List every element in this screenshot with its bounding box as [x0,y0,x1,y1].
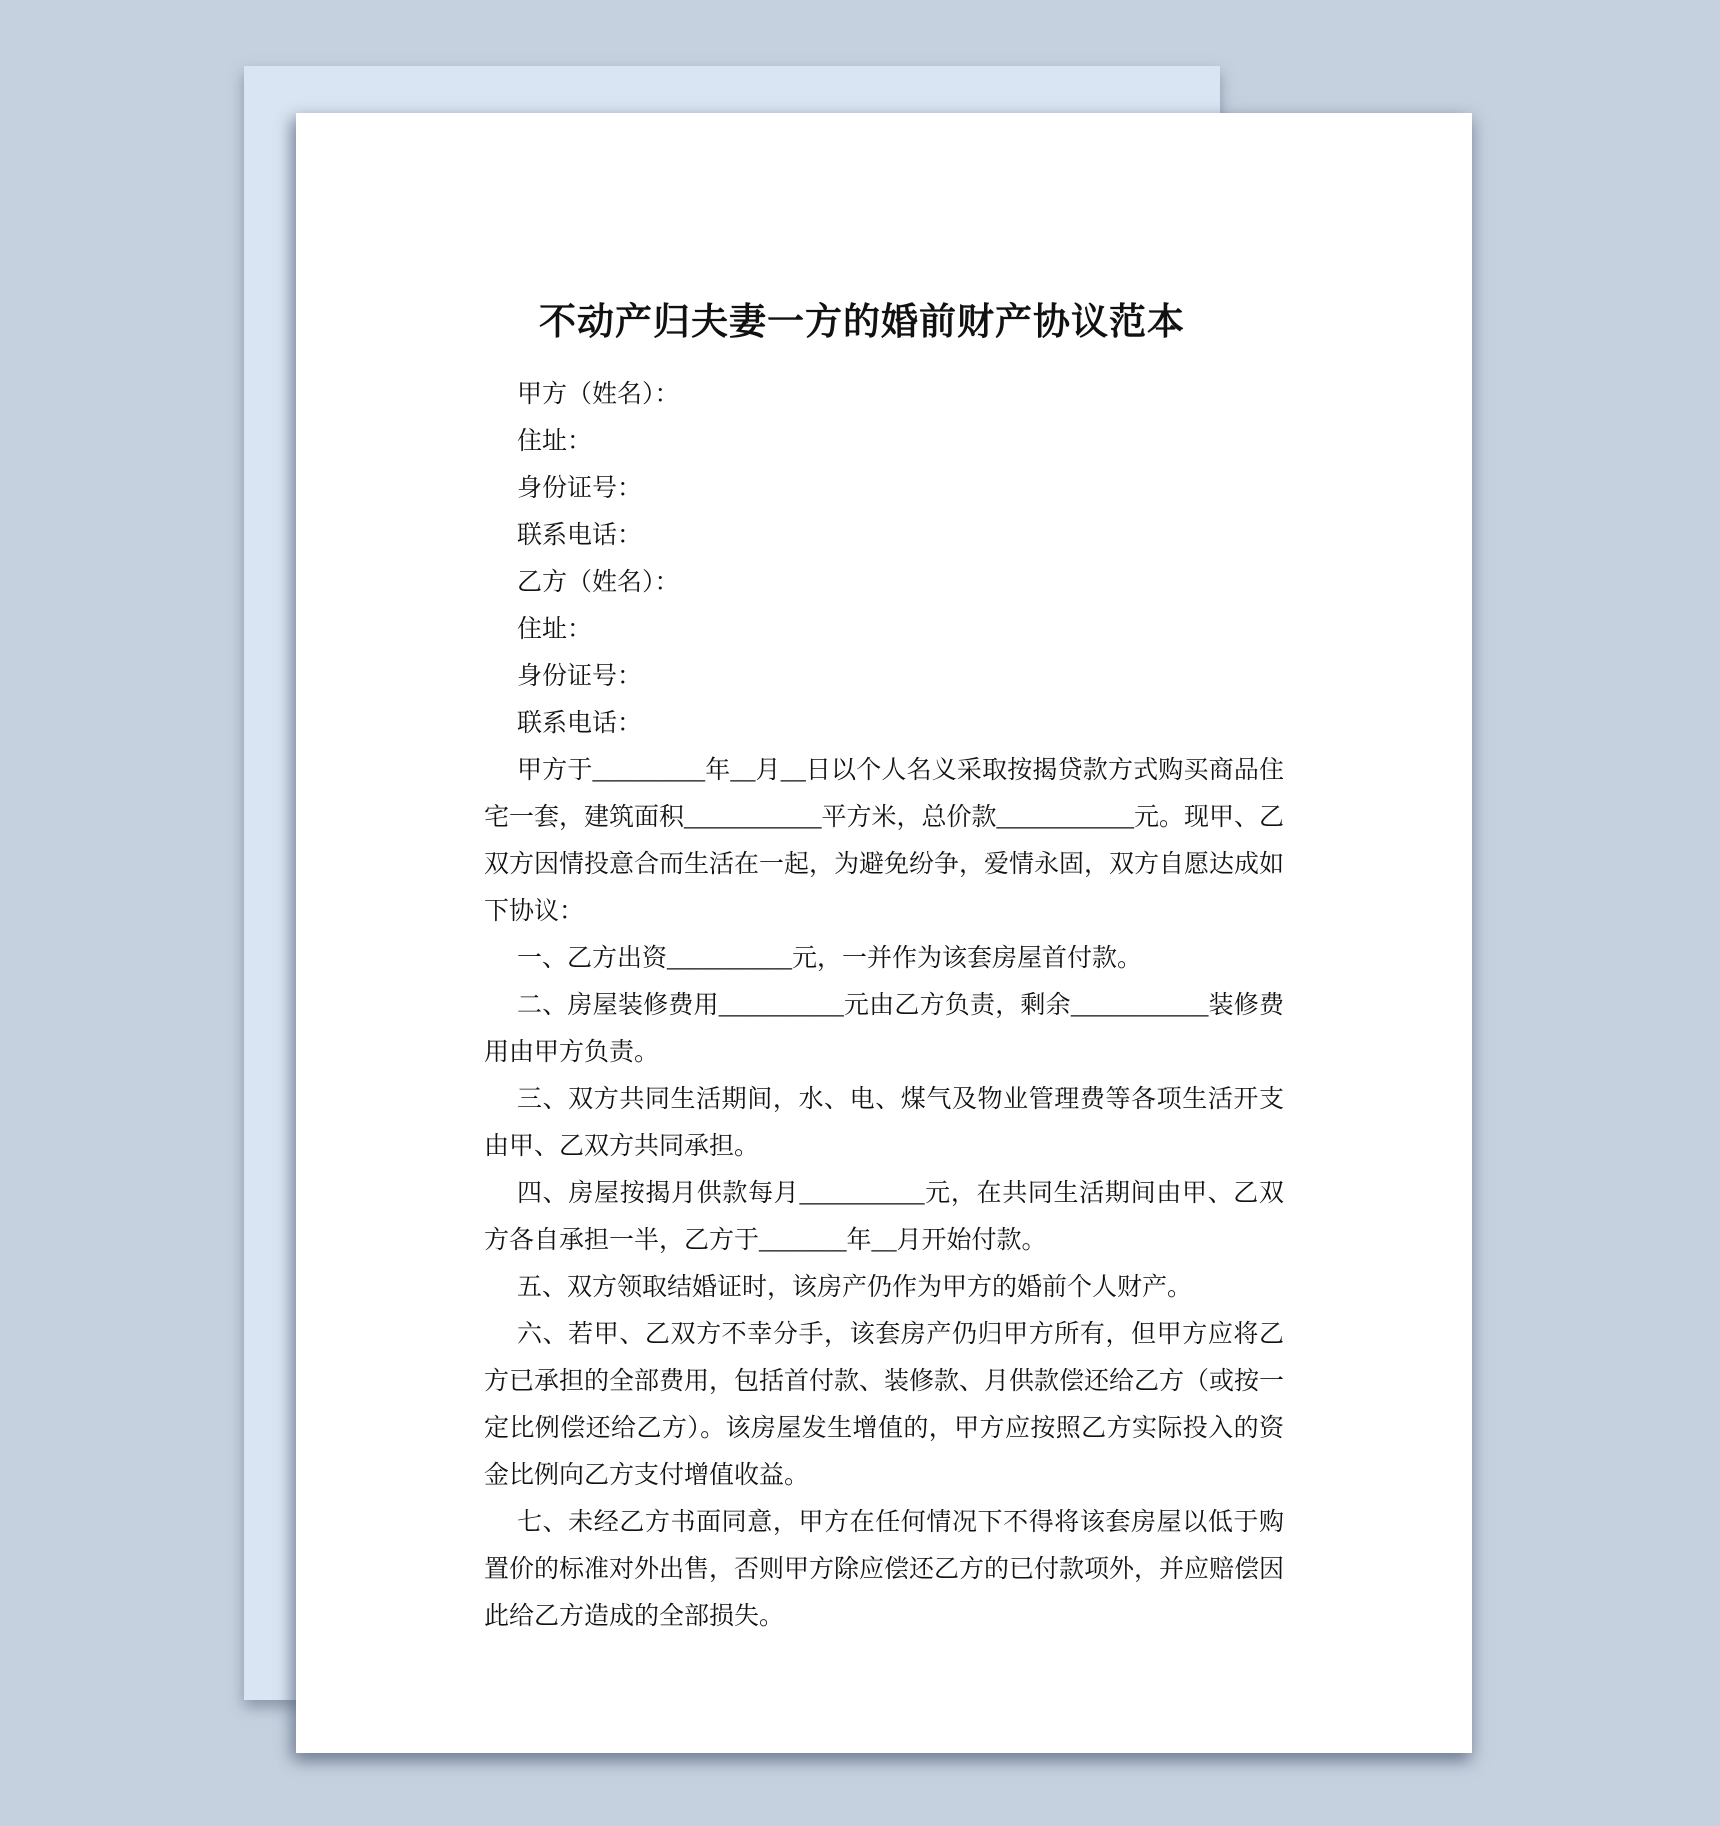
intro-paragraph: 甲方于_________年__月__日以个人名义采取按揭贷款方式购买商品住宅一套… [484,747,1284,935]
desktop-background: { "canvas": { "background_color": "#c6d1… [0,0,1720,1826]
party-a-id-number-label: 身份证号： [484,465,1284,512]
party-b-phone-label: 联系电话： [484,700,1284,747]
party-b-address-label: 住址： [484,606,1284,653]
document-page: 不动产归夫妻一方的婚前财产协议范本 甲方（姓名）： 住址： 身份证号： 联系电话… [296,113,1472,1753]
party-a-phone-label: 联系电话： [484,512,1284,559]
clause-1: 一、乙方出资__________元，一并作为该套房屋首付款。 [484,935,1284,982]
party-a-name-label: 甲方（姓名）： [484,371,1284,418]
clause-2: 二、房屋装修费用__________元由乙方负责，剩余___________装修… [484,982,1284,1076]
clause-4: 四、房屋按揭月供款每月__________元，在共同生活期间由甲、乙双方各自承担… [484,1170,1284,1264]
party-b-id-number-label: 身份证号： [484,653,1284,700]
clause-5: 五、双方领取结婚证时，该房产仍作为甲方的婚前个人财产。 [484,1264,1284,1311]
document-title: 不动产归夫妻一方的婚前财产协议范本 [462,293,1262,353]
party-b-name-label: 乙方（姓名）： [484,559,1284,606]
clause-6: 六、若甲、乙双方不幸分手，该套房产仍归甲方所有，但甲方应将乙方已承担的全部费用，… [484,1311,1284,1499]
clause-7: 七、未经乙方书面同意，甲方在任何情况下不得将该套房屋以低于购置价的标准对外出售，… [484,1499,1284,1640]
clause-3: 三、双方共同生活期间，水、电、煤气及物业管理费等各项生活开支由甲、乙双方共同承担… [484,1076,1284,1170]
party-a-address-label: 住址： [484,418,1284,465]
